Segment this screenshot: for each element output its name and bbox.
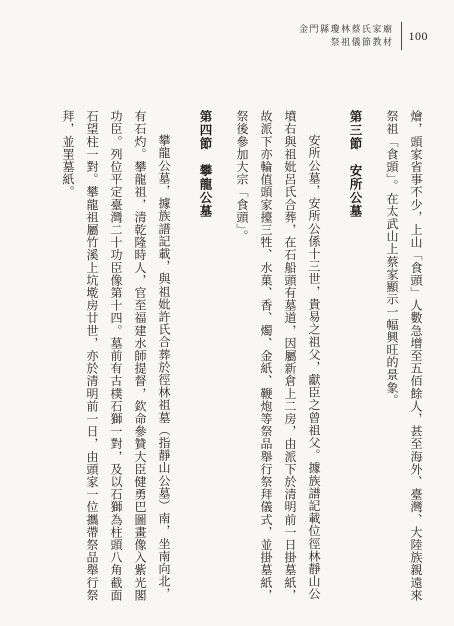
paragraph-foodhead-continuation: 燴，頭家省事不少，上山「食頭」人數急增至五佰餘人，甚至海外、臺灣、大陸族親遠來祭… <box>380 110 428 607</box>
paragraph-ansuo-tomb: 安所公墓，安所公係十三世，貴易之祖父，獻臣之曾祖父。據族譜記載位徑林靜山公墳右與… <box>230 110 326 607</box>
running-title-line1: 金門縣瓊林蔡氏家廟 <box>299 23 394 36</box>
book-page: 金門縣瓊林蔡氏家廟 祭祖儀節教材 100 燴，頭家省事不少，上山「食頭」人數急增… <box>0 0 454 626</box>
running-title: 金門縣瓊林蔡氏家廟 祭祖儀節教材 <box>299 23 394 49</box>
running-header: 金門縣瓊林蔡氏家廟 祭祖儀節教材 100 <box>299 22 428 50</box>
header-divider <box>401 22 402 50</box>
section-heading-panlong: 第四節 攀龍公墓 <box>193 110 217 607</box>
paragraph-panlong-tomb: 攀龍公墓，據族譜記載，與祖妣許氏合葬於徑林祖墓（指靜山公墓）南，坐南向北，有石灼… <box>56 110 176 607</box>
section-heading-ansuo: 第三節 安所公墓 <box>343 110 367 607</box>
running-title-line2: 祭祖儀節教材 <box>330 36 393 49</box>
vertical-text-body: 燴，頭家省事不少，上山「食頭」人數急增至五佰餘人，甚至海外、臺灣、大陸族親遠來祭… <box>30 110 428 607</box>
page-number: 100 <box>409 29 429 44</box>
